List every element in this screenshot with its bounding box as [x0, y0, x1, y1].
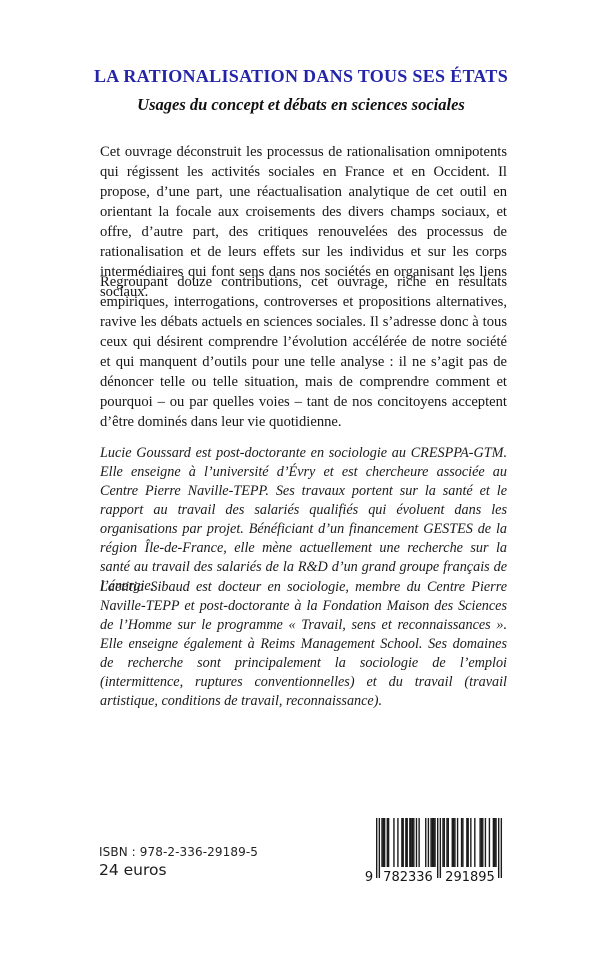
synopsis-paragraph-2: Regroupant douze contributions, cet ouvr… [100, 272, 507, 432]
barcode-digits-left: 782336 [383, 870, 433, 884]
book-subtitle: Usages du concept et débats en sciences … [40, 95, 562, 115]
barcode-image: 9 782336 291895 [362, 818, 504, 884]
book-back-cover: LA RATIONALISATION DANS TOUS SES ÉTATS U… [0, 0, 602, 963]
isbn-label: ISBN : 978-2-336-29189-5 [99, 845, 258, 859]
author-bio-lucie-goussard: Lucie Goussard est post-doctorante en so… [100, 444, 507, 596]
barcode-digits-right: 291895 [445, 870, 495, 884]
barcode-digit-lead: 9 [365, 870, 373, 884]
barcode: 9 782336 291895 [362, 818, 504, 884]
book-title: LA RATIONALISATION DANS TOUS SES ÉTATS [40, 66, 562, 87]
author-bio-laetitia-sibaud: Laetitia Sibaud est docteur en sociologi… [100, 578, 507, 711]
price-label: 24 euros [99, 861, 167, 879]
